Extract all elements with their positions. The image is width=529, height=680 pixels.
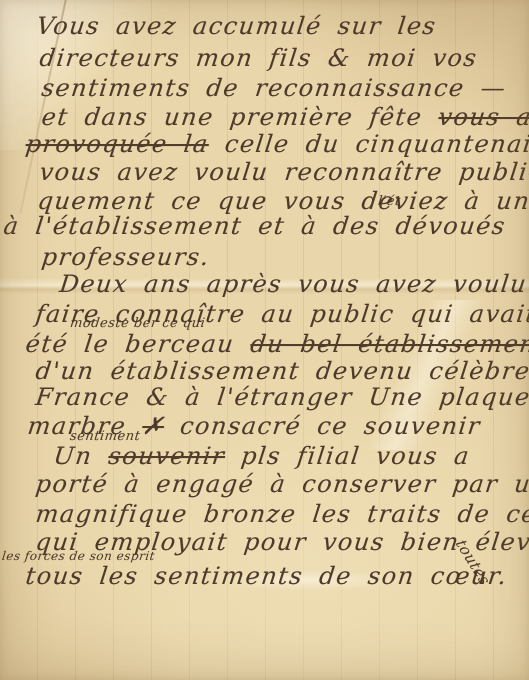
handwriting-line: vous avez voulu reconnaître publi- bbox=[38, 158, 529, 186]
handwriting-line: professeurs. bbox=[40, 243, 212, 271]
text-segment: vous avez voulu reconnaître publi- bbox=[38, 158, 529, 186]
text-segment: France & à l'étranger Une plaque en bbox=[34, 383, 529, 411]
handwriting-line: Un souvenir pls filial vous a bbox=[52, 442, 472, 470]
text-segment: d'un établissement devenu célèbre en bbox=[34, 357, 529, 385]
interlinear-insertion: modeste ber ce qui bbox=[69, 316, 206, 331]
text-segment: tous les sentiments de son cœur. bbox=[24, 562, 509, 590]
text-segment: professeurs. bbox=[40, 243, 212, 271]
handwriting-line: directeurs mon fils & moi vos bbox=[38, 44, 479, 72]
struck-out-text: vous avez bbox=[437, 103, 529, 131]
interlinear-insertion: sentiment bbox=[69, 429, 141, 444]
text-segment: Un bbox=[52, 442, 110, 470]
text-segment: magnifique bronze les traits de celui bbox=[34, 500, 529, 528]
text-segment: quement ce que vous deviez à un bbox=[36, 187, 529, 215]
text-segment: directeurs mon fils & moi vos bbox=[38, 44, 479, 72]
handwriting-line: quement ce que vous deviez à un bbox=[36, 187, 529, 215]
letter-page: Vous avez accumulé sur lesdirecteurs mon… bbox=[0, 0, 529, 680]
text-segment: à l'établissement et à des dévoués bbox=[2, 212, 508, 240]
text-segment: et dans une première fête bbox=[40, 103, 440, 131]
handwriting-line: d'un établissement devenu célèbre en bbox=[34, 357, 529, 385]
text-segment: consacré ce souvenir bbox=[162, 412, 482, 440]
handwriting-line: Deux ans après vous avez voulu bbox=[58, 270, 529, 298]
handwriting-line: été le berceau du bel établissement.. bbox=[24, 330, 529, 358]
handwriting-line: sentiments de reconnaissance — bbox=[40, 74, 508, 102]
handwriting-line: Vous avez accumulé sur les bbox=[35, 12, 438, 40]
handwriting-line: provoquée la celle du cinquantenaire bbox=[24, 130, 529, 158]
handwriting-line: France & à l'étranger Une plaque en bbox=[34, 383, 529, 411]
text-segment: Vous avez accumulé sur les bbox=[35, 12, 438, 40]
handwriting-line: à l'établissement et à des dévoués bbox=[2, 212, 508, 240]
handwriting-line: porté à engagé à conserver par un bbox=[34, 470, 529, 498]
text-segment: celle du cinquantenaire bbox=[207, 130, 529, 158]
handwriting-line: et dans une première fête vous avez bbox=[40, 103, 529, 131]
interlinear-insertion: les forces de son esprit bbox=[1, 549, 156, 563]
struck-out-text: provoquée la bbox=[24, 130, 211, 158]
text-segment: porté à engagé à conserver par un bbox=[34, 470, 529, 498]
text-segment: sentiments de reconnaissance — bbox=[40, 74, 508, 102]
text-segment: été le berceau bbox=[24, 330, 252, 358]
text-segment: Deux ans après vous avez voulu bbox=[58, 270, 529, 298]
handwriting-text: Vous avez accumulé sur lesdirecteurs mon… bbox=[0, 0, 529, 680]
text-segment: pls filial vous a bbox=[223, 442, 471, 470]
handwriting-line: magnifique bronze les traits de celui bbox=[34, 500, 529, 528]
handwriting-line: tous les sentiments de son cœur. bbox=[24, 562, 509, 590]
interlinear-insertion: l'ét bbox=[377, 194, 401, 209]
struck-out-text: du bel établissement bbox=[249, 330, 529, 358]
struck-out-text: souvenir bbox=[107, 442, 227, 470]
